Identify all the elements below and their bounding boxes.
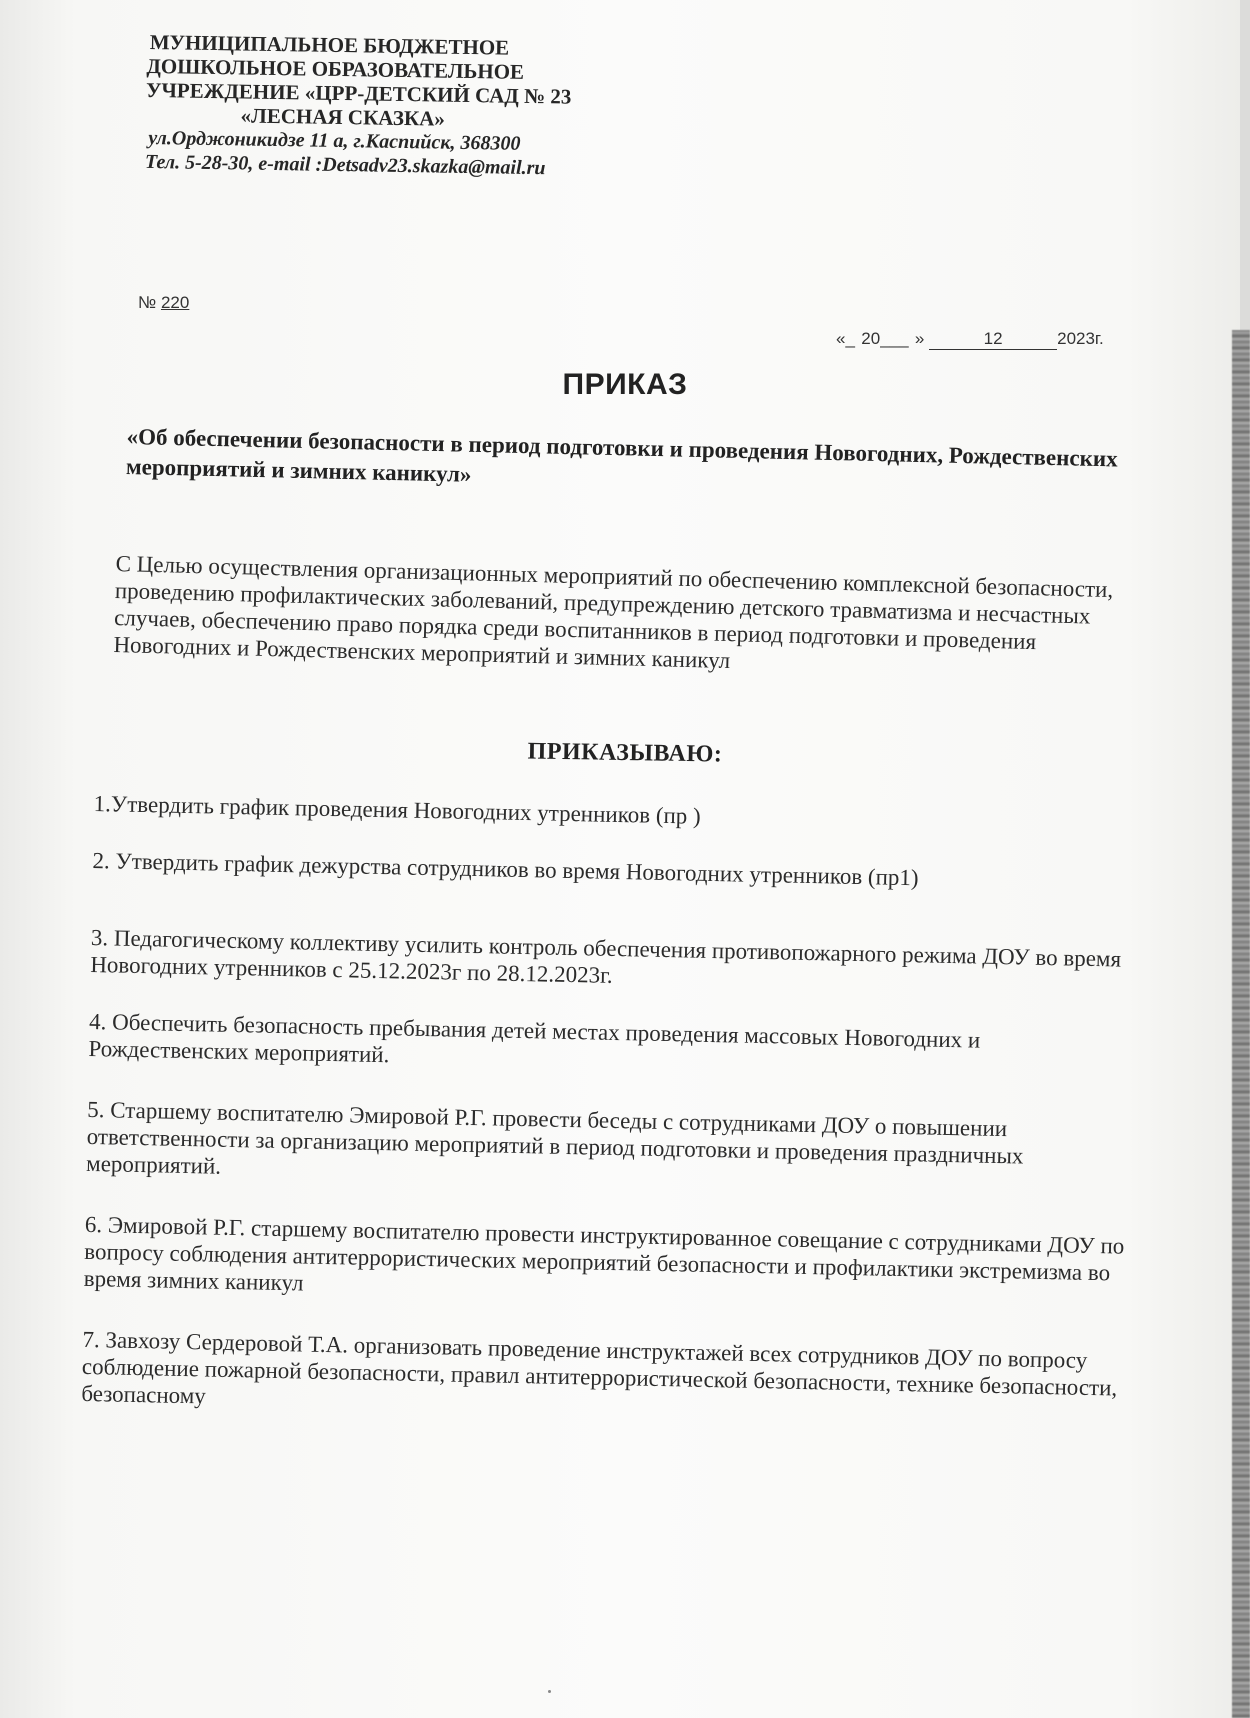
date-month: 12	[929, 329, 1057, 350]
date-close-quote: »	[915, 329, 929, 348]
page-edge	[1240, 0, 1250, 330]
order-item-7: 7. Завхозу Сердеровой Т.А. организовать …	[81, 1326, 1132, 1429]
torn-edge-shadow	[1232, 330, 1250, 1718]
letterhead: МУНИЦИПАЛЬНОЕ БЮДЖЕТНОЕ ДОШКОЛЬНОЕ ОБРАЗ…	[148, 30, 573, 181]
date-year: 2023г.	[1057, 329, 1104, 348]
document-title: ПРИКАЗ	[0, 368, 1250, 402]
order-date: «_20___» 122023г.	[836, 329, 1104, 350]
order-item-4: 4. Обеспечить безопасность пребывания де…	[88, 1008, 1139, 1084]
order-heading: ПРИКАЗЫВАЮ:	[0, 730, 1250, 777]
scanned-page: МУНИЦИПАЛЬНОЕ БЮДЖЕТНОЕ ДОШКОЛЬНОЕ ОБРАЗ…	[0, 0, 1250, 1718]
order-number: № 220	[138, 293, 189, 313]
order-number-value: 220	[161, 293, 189, 312]
order-number-prefix: №	[138, 293, 161, 312]
preamble-paragraph: С Целью осуществления организационных ме…	[113, 550, 1135, 685]
order-item-3: 3. Педагогическому коллективу усилить ко…	[90, 924, 1141, 1000]
date-day: 20___	[855, 329, 915, 349]
date-open-quote: «_	[836, 329, 855, 348]
order-item-1: 1.Утвердить график проведения Новогодних…	[93, 790, 1143, 839]
order-item-5: 5. Старшему воспитателю Эмировой Р.Г. пр…	[86, 1096, 1137, 1199]
order-items-list: 1.Утвердить график проведения Новогодних…	[81, 790, 1144, 1429]
order-item-6: 6. Эмировой Р.Г. старшему воспитателю пр…	[83, 1211, 1134, 1314]
document-subject: «Об обеспечении безопасности в период по…	[126, 422, 1187, 506]
order-item-2: 2. Утвердить график дежурства сотруднико…	[92, 847, 1142, 896]
scan-speck	[548, 1690, 551, 1693]
